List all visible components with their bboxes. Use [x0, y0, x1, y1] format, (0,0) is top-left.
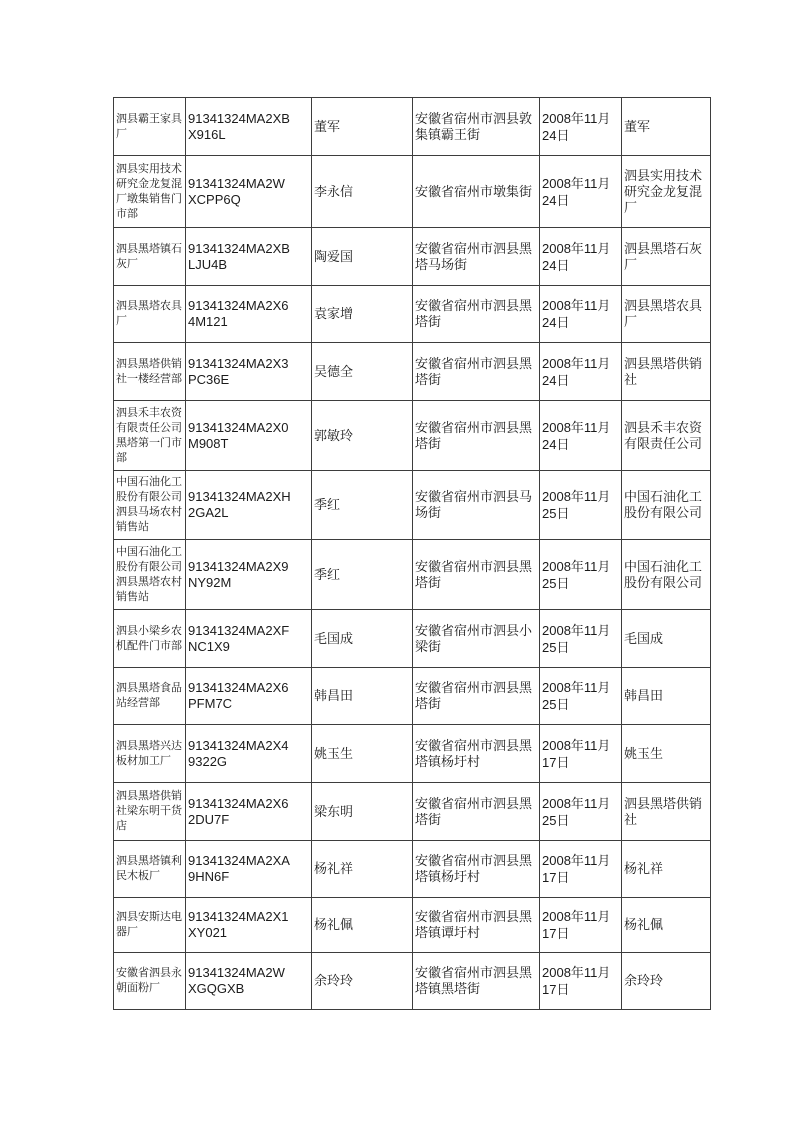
document-page: 泗县霸王家具 厂91341324MA2XB X916L董军安徽省宿州市泗县敦 集…	[0, 0, 793, 1122]
cell-credit-code: 91341324MA2X3 PC36E	[186, 343, 312, 401]
cell-date: 2008年11月 24日	[540, 156, 622, 228]
cell-person: 董军	[312, 98, 413, 156]
cell-address: 安徽省宿州市泗县黑 塔镇谭圩村	[413, 898, 540, 953]
cell-company: 泗县黑塔镇石 灰厂	[114, 228, 186, 286]
cell-credit-code: 91341324MA2XB X916L	[186, 98, 312, 156]
cell-related: 姚玉生	[622, 725, 711, 783]
cell-credit-code: 91341324MA2XF NC1X9	[186, 610, 312, 668]
cell-credit-code: 91341324MA2XH 2GA2L	[186, 471, 312, 540]
cell-credit-code: 91341324MA2X6 2DU7F	[186, 783, 312, 841]
cell-address: 安徽省宿州市墩集街	[413, 156, 540, 228]
cell-related: 泗县黑塔石灰 厂	[622, 228, 711, 286]
cell-person: 李永信	[312, 156, 413, 228]
cell-related: 泗县禾丰农资 有限责任公司	[622, 401, 711, 471]
cell-credit-code: 91341324MA2W XCPP6Q	[186, 156, 312, 228]
table-row: 泗县霸王家具 厂91341324MA2XB X916L董军安徽省宿州市泗县敦 集…	[114, 98, 711, 156]
cell-person: 吴德全	[312, 343, 413, 401]
cell-date: 2008年11月 17日	[540, 725, 622, 783]
cell-credit-code: 91341324MA2W XGQGXB	[186, 953, 312, 1010]
cell-related: 毛国成	[622, 610, 711, 668]
cell-address: 安徽省宿州市泗县黑 塔镇黑塔街	[413, 953, 540, 1010]
cell-credit-code: 91341324MA2XB LJU4B	[186, 228, 312, 286]
cell-person: 杨礼佩	[312, 898, 413, 953]
cell-company: 泗县实用技术 研究金龙复混 厂墩集销售门 市部	[114, 156, 186, 228]
cell-related: 中国石油化工 股份有限公司	[622, 471, 711, 540]
cell-company: 泗县小梁乡农 机配件门市部	[114, 610, 186, 668]
cell-address: 安徽省宿州市泗县黑 塔街	[413, 343, 540, 401]
cell-address: 安徽省宿州市泗县黑 塔镇杨圩村	[413, 841, 540, 898]
cell-address: 安徽省宿州市泗县敦 集镇霸王街	[413, 98, 540, 156]
cell-date: 2008年11月 25日	[540, 668, 622, 725]
cell-person: 季红	[312, 540, 413, 610]
table-row: 泗县黑塔供销 社一楼经营部91341324MA2X3 PC36E吴德全安徽省宿州…	[114, 343, 711, 401]
cell-address: 安徽省宿州市泗县黑 塔街	[413, 286, 540, 343]
table-row: 泗县实用技术 研究金龙复混 厂墩集销售门 市部91341324MA2W XCPP…	[114, 156, 711, 228]
table-row: 中国石油化工 股份有限公司 泗县黑塔农村 销售站91341324MA2X9 NY…	[114, 540, 711, 610]
cell-date: 2008年11月 24日	[540, 343, 622, 401]
cell-company: 安徽省泗县永 朝面粉厂	[114, 953, 186, 1010]
cell-related: 泗县黑塔供销 社	[622, 343, 711, 401]
cell-related: 泗县黑塔供销 社	[622, 783, 711, 841]
table-row: 泗县安斯达电 器厂91341324MA2X1 XY021杨礼佩安徽省宿州市泗县黑…	[114, 898, 711, 953]
cell-person: 韩昌田	[312, 668, 413, 725]
cell-date: 2008年11月 17日	[540, 898, 622, 953]
cell-address: 安徽省宿州市泗县黑 塔街	[413, 540, 540, 610]
table-row: 安徽省泗县永 朝面粉厂91341324MA2W XGQGXB余玲玲安徽省宿州市泗…	[114, 953, 711, 1010]
cell-date: 2008年11月 17日	[540, 841, 622, 898]
cell-credit-code: 91341324MA2X1 XY021	[186, 898, 312, 953]
cell-date: 2008年11月 24日	[540, 98, 622, 156]
cell-company: 泗县霸王家具 厂	[114, 98, 186, 156]
table-row: 泗县黑塔农具 厂91341324MA2X6 4M121袁家增安徽省宿州市泗县黑 …	[114, 286, 711, 343]
cell-address: 安徽省宿州市泗县黑 塔街	[413, 783, 540, 841]
cell-date: 2008年11月 25日	[540, 610, 622, 668]
cell-related: 杨礼佩	[622, 898, 711, 953]
cell-date: 2008年11月 25日	[540, 783, 622, 841]
cell-address: 安徽省宿州市泗县黑 塔街	[413, 401, 540, 471]
cell-date: 2008年11月 17日	[540, 953, 622, 1010]
cell-credit-code: 91341324MA2X4 9322G	[186, 725, 312, 783]
cell-date: 2008年11月 24日	[540, 228, 622, 286]
cell-related: 韩昌田	[622, 668, 711, 725]
cell-credit-code: 91341324MA2X9 NY92M	[186, 540, 312, 610]
cell-related: 泗县黑塔农具 厂	[622, 286, 711, 343]
cell-address: 安徽省宿州市泗县黑 塔街	[413, 668, 540, 725]
cell-credit-code: 91341324MA2X0 M908T	[186, 401, 312, 471]
cell-person: 姚玉生	[312, 725, 413, 783]
cell-address: 安徽省宿州市泗县马 场街	[413, 471, 540, 540]
cell-date: 2008年11月 24日	[540, 286, 622, 343]
cell-address: 安徽省宿州市泗县小 梁街	[413, 610, 540, 668]
cell-company: 泗县黑塔农具 厂	[114, 286, 186, 343]
table-row: 泗县黑塔食品 站经营部91341324MA2X6 PFM7C韩昌田安徽省宿州市泗…	[114, 668, 711, 725]
table-row: 泗县黑塔镇石 灰厂91341324MA2XB LJU4B陶爱国安徽省宿州市泗县黑…	[114, 228, 711, 286]
cell-person: 郭敏玲	[312, 401, 413, 471]
cell-company: 泗县黑塔食品 站经营部	[114, 668, 186, 725]
cell-date: 2008年11月 25日	[540, 540, 622, 610]
table-row: 泗县黑塔镇利 民木板厂91341324MA2XA 9HN6F杨礼祥安徽省宿州市泗…	[114, 841, 711, 898]
cell-company: 泗县禾丰农资 有限责任公司 黑塔第一门市 部	[114, 401, 186, 471]
cell-company: 泗县安斯达电 器厂	[114, 898, 186, 953]
table-row: 泗县禾丰农资 有限责任公司 黑塔第一门市 部91341324MA2X0 M908…	[114, 401, 711, 471]
cell-related: 董军	[622, 98, 711, 156]
cell-company: 泗县黑塔兴达 板材加工厂	[114, 725, 186, 783]
cell-person: 杨礼祥	[312, 841, 413, 898]
cell-date: 2008年11月 24日	[540, 401, 622, 471]
table-container: 泗县霸王家具 厂91341324MA2XB X916L董军安徽省宿州市泗县敦 集…	[113, 97, 711, 1010]
table-row: 泗县小梁乡农 机配件门市部91341324MA2XF NC1X9毛国成安徽省宿州…	[114, 610, 711, 668]
cell-related: 杨礼祥	[622, 841, 711, 898]
cell-person: 梁东明	[312, 783, 413, 841]
cell-credit-code: 91341324MA2X6 4M121	[186, 286, 312, 343]
cell-person: 袁家增	[312, 286, 413, 343]
cell-company: 中国石油化工 股份有限公司 泗县马场农村 销售站	[114, 471, 186, 540]
table-row: 中国石油化工 股份有限公司 泗县马场农村 销售站91341324MA2XH 2G…	[114, 471, 711, 540]
cell-related: 余玲玲	[622, 953, 711, 1010]
cell-company: 泗县黑塔供销 社梁东明干货 店	[114, 783, 186, 841]
cell-credit-code: 91341324MA2XA 9HN6F	[186, 841, 312, 898]
cell-address: 安徽省宿州市泗县黑 塔镇杨圩村	[413, 725, 540, 783]
table-row: 泗县黑塔兴达 板材加工厂91341324MA2X4 9322G姚玉生安徽省宿州市…	[114, 725, 711, 783]
registry-table-body: 泗县霸王家具 厂91341324MA2XB X916L董军安徽省宿州市泗县敦 集…	[114, 98, 711, 1010]
cell-related: 中国石油化工 股份有限公司	[622, 540, 711, 610]
cell-related: 泗县实用技术 研究金龙复混 厂	[622, 156, 711, 228]
cell-credit-code: 91341324MA2X6 PFM7C	[186, 668, 312, 725]
cell-company: 泗县黑塔镇利 民木板厂	[114, 841, 186, 898]
cell-date: 2008年11月 25日	[540, 471, 622, 540]
business-registry-table: 泗县霸王家具 厂91341324MA2XB X916L董军安徽省宿州市泗县敦 集…	[113, 97, 711, 1010]
cell-company: 中国石油化工 股份有限公司 泗县黑塔农村 销售站	[114, 540, 186, 610]
cell-company: 泗县黑塔供销 社一楼经营部	[114, 343, 186, 401]
cell-address: 安徽省宿州市泗县黑 塔马场街	[413, 228, 540, 286]
cell-person: 季红	[312, 471, 413, 540]
cell-person: 毛国成	[312, 610, 413, 668]
cell-person: 陶爱国	[312, 228, 413, 286]
table-row: 泗县黑塔供销 社梁东明干货 店91341324MA2X6 2DU7F梁东明安徽省…	[114, 783, 711, 841]
cell-person: 余玲玲	[312, 953, 413, 1010]
